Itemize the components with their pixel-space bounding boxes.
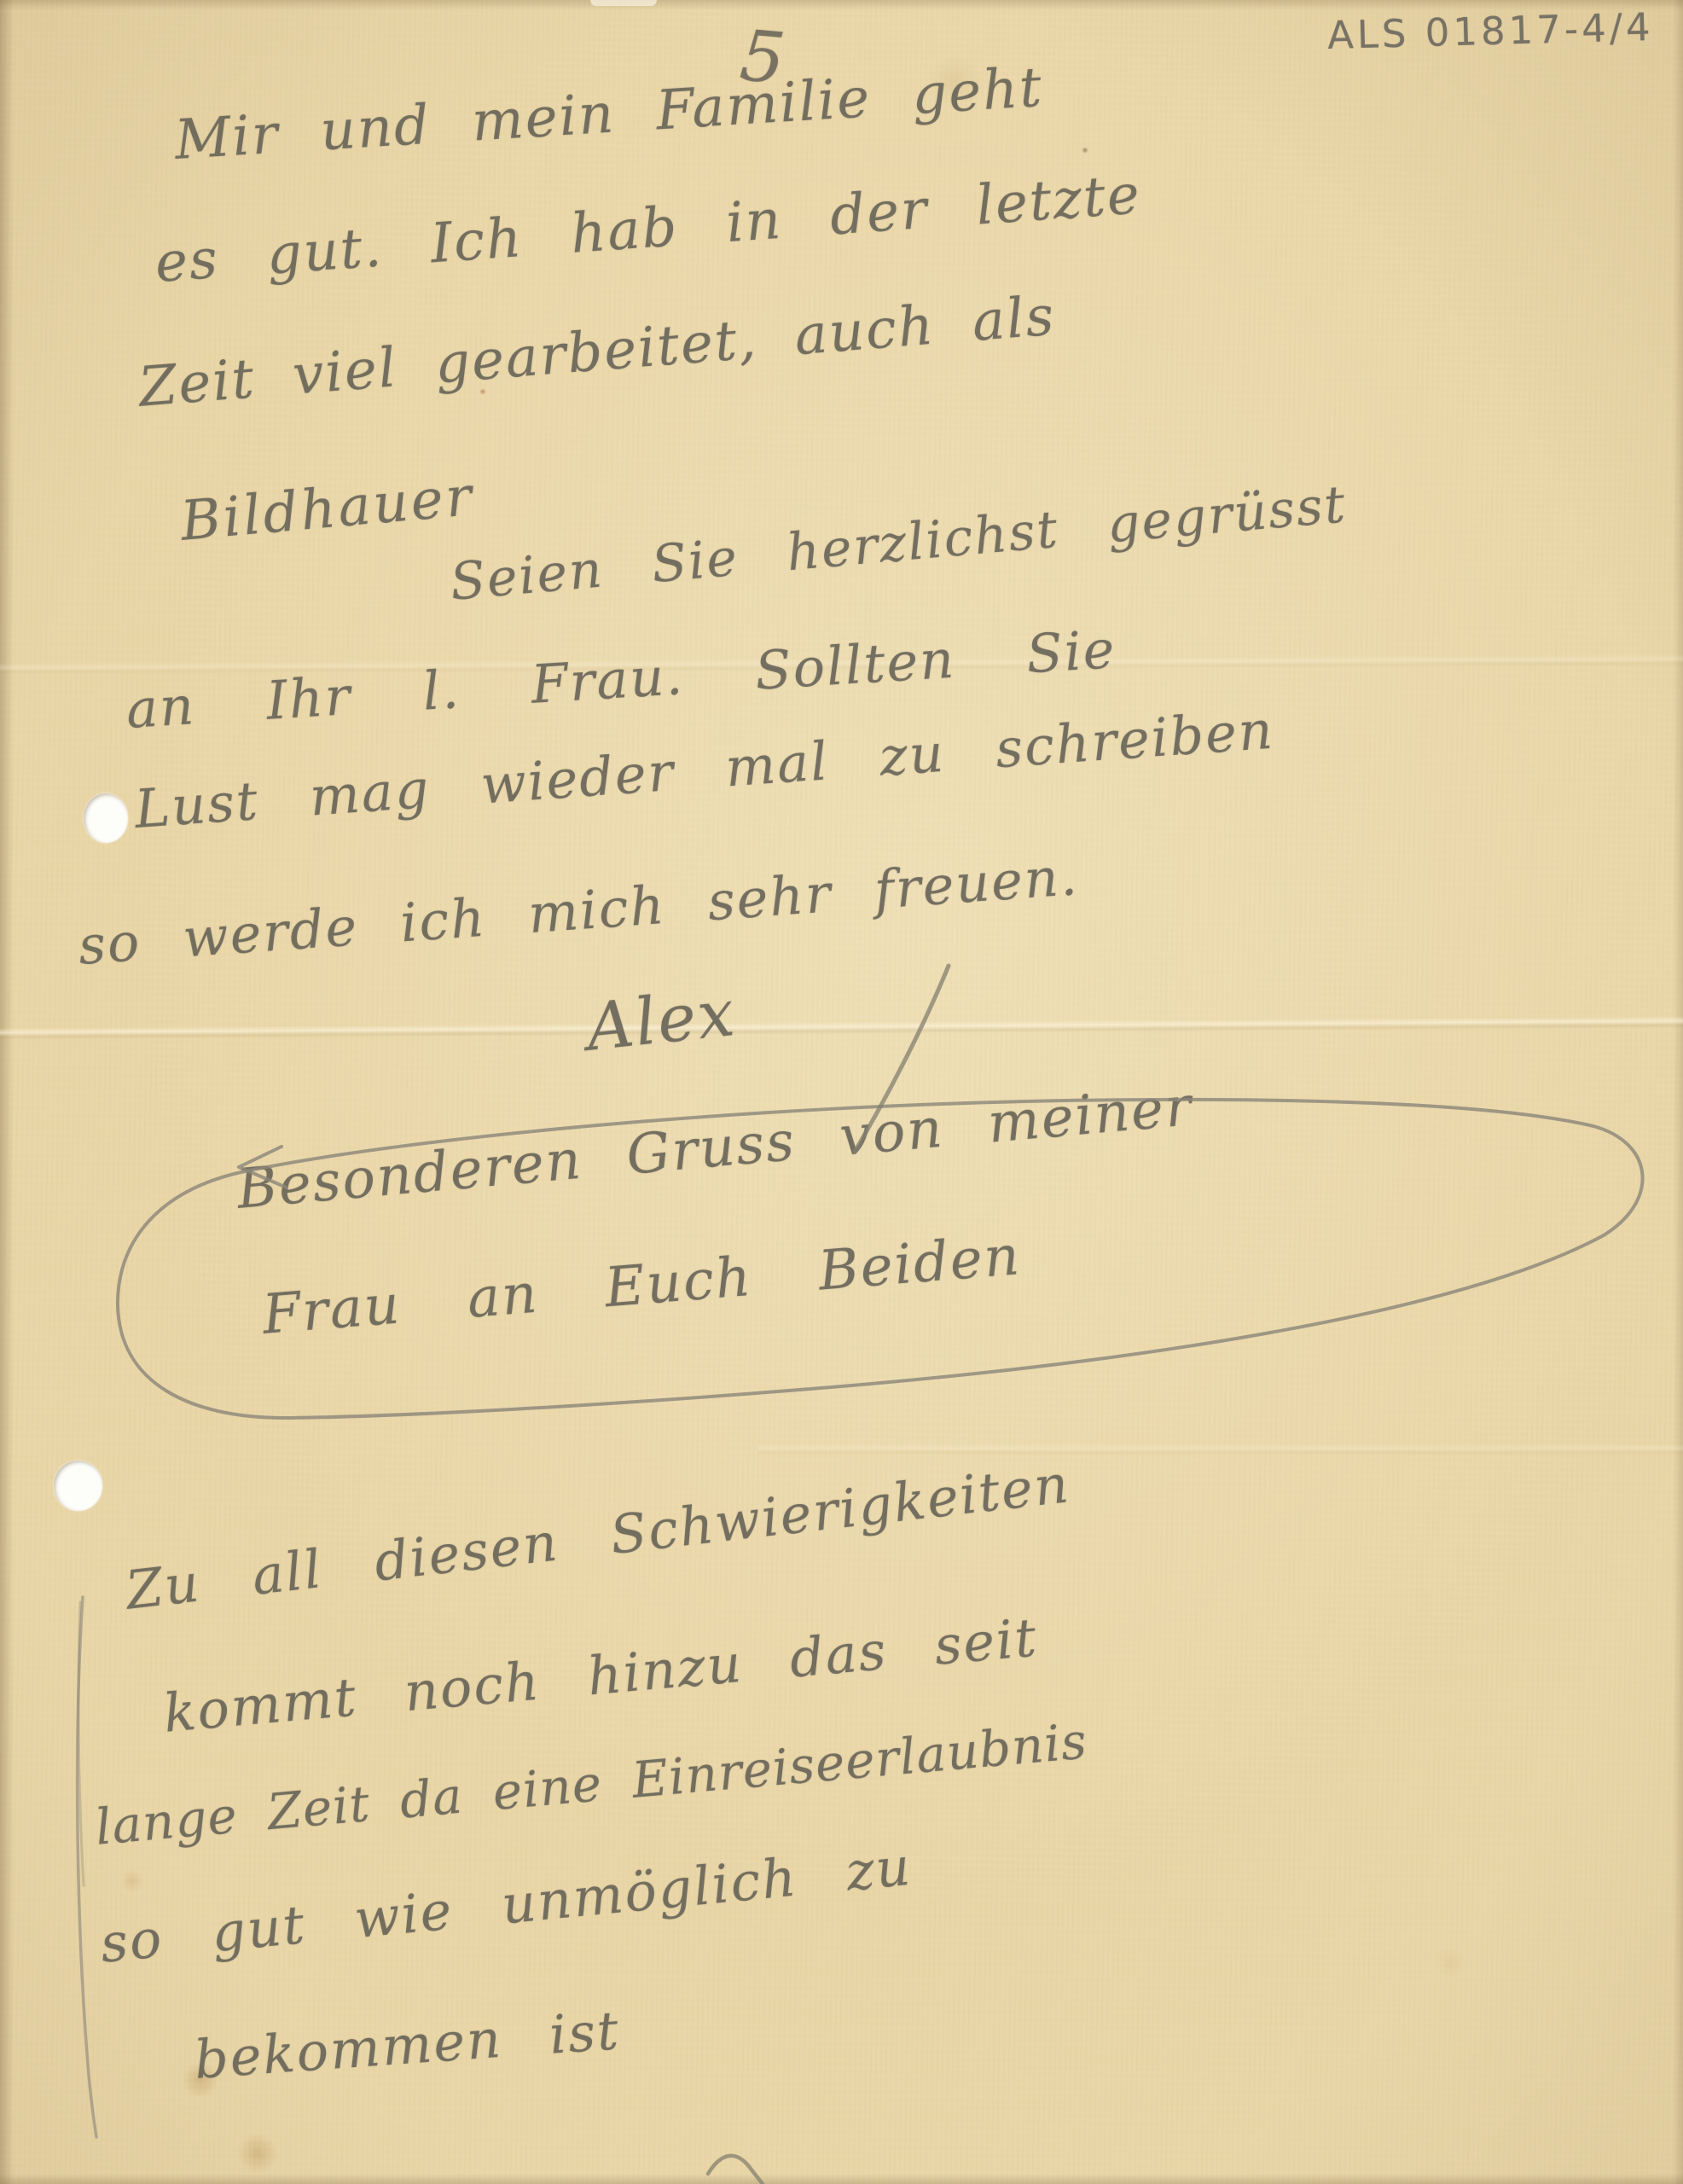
page-edge-shadow-bottom xyxy=(0,2174,1683,2184)
punch-hole-bottom xyxy=(54,1461,102,1511)
page-edge-shadow-right xyxy=(1673,0,1683,2184)
page-edge-shadow-left xyxy=(0,0,14,2184)
letter-page: 5 ALS 01817-4/4 Mir und mein Familie geh… xyxy=(0,0,1683,2184)
top-edge-tear xyxy=(590,0,657,6)
archival-label: ALS 01817-4/4 xyxy=(1327,4,1655,58)
page-edge-shadow-top xyxy=(0,0,1683,10)
handwritten-line: Zeit viel gearbeitet, auch als xyxy=(136,285,1058,420)
margin-emphasis-line xyxy=(78,1597,96,2137)
bottom-note-line: Zu all diesen Schwierigkeiten xyxy=(123,1452,1073,1622)
bottom-note-line: kommt noch hinzu das seit xyxy=(161,1606,1041,1745)
handwritten-line: Mir und mein Familie geht xyxy=(173,56,1045,172)
signature: Alex xyxy=(583,974,739,1066)
bottom-note-line: so gut wie unmöglich zu xyxy=(98,1835,914,1975)
handwritten-line: es gut. Ich hab in der letzte xyxy=(153,163,1143,295)
circled-note-line: Frau an Euch Beiden xyxy=(260,1224,1023,1347)
handwritten-line: Seien Sie herzlichst gegrüsst xyxy=(448,474,1349,613)
fold-crease xyxy=(757,1443,1683,1455)
handwritten-line: so werde ich mich sehr freuen. xyxy=(76,845,1080,977)
margin-emphasis-line xyxy=(78,1602,84,1885)
handwritten-line: Bildhauer xyxy=(178,465,477,554)
punch-hole-top xyxy=(84,793,128,843)
bottom-note-line: bekommen ist xyxy=(192,1999,622,2091)
circled-note-line: Besonderen Gruss von meiner xyxy=(235,1075,1195,1222)
fold-crease xyxy=(0,1016,1683,1040)
